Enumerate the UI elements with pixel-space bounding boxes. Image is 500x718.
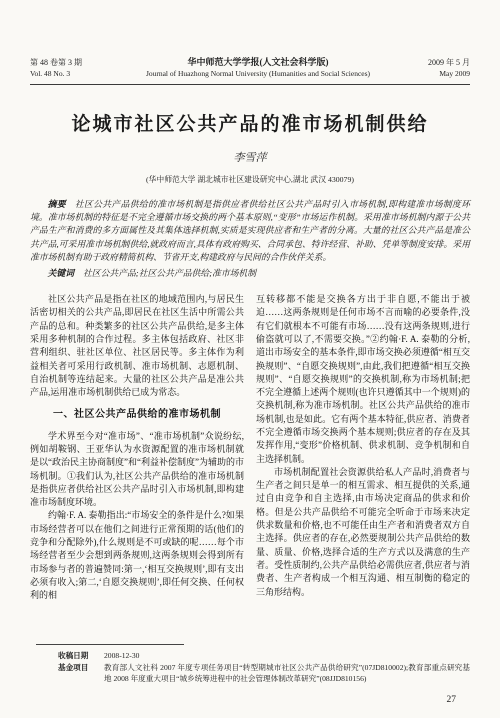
journal-name-cn: 华中师范大学学报(人文社会科学版)	[116, 57, 400, 68]
volume-issue-cn: 第 48 卷第 3 期	[30, 57, 116, 68]
left-column: 社区公共产品是指在社区的地域范围内,与居民生活密切相关的公共产品,即居民在社区生…	[30, 293, 244, 603]
abstract-label: 摘要	[48, 199, 66, 209]
journal-masthead: 第 48 卷第 3 期 Vol. 48 No. 3 华中师范大学学报(人文社会科…	[30, 57, 470, 85]
fund-project-label: 基金项目	[58, 662, 104, 684]
body-paragraph: 市场机制配置社会资源供给私人产品时,消费者与生产者之间只是单一的相互需求、相互提…	[256, 466, 470, 599]
received-date-value: 2008-12-30	[104, 650, 470, 661]
right-column: 互转移都不能是交换各方出于非自愿,不能出于被迫……这两条规则是任何市场不言而喻的…	[256, 293, 470, 603]
body-paragraph: 社区公共产品是指在社区的地域范围内,与居民生活密切相关的公共产品,即居民在社区生…	[30, 293, 244, 399]
keywords-label: 关键词	[48, 268, 74, 278]
section-1-heading: 一、社区公共产品供给的准市场机制	[30, 408, 244, 421]
abstract-text: 社区公共产品供给的准市场机制是指供应者供给社区公共产品时引入市场机制,即构建准市…	[30, 199, 470, 262]
journal-name-block: 华中师范大学学报(人文社会科学版) Journal of Huazhong No…	[116, 57, 400, 79]
footnote-divider	[36, 644, 184, 645]
abstract-paragraph: 摘要社区公共产品供给的准市场机制是指供应者供给社区公共产品时引入市场机制,即构建…	[30, 198, 470, 264]
issue-date-en: May 2009	[400, 68, 470, 79]
fund-project-value: 教育部人文社科 2007 年度专项任务项目“转型期城市社区公共产品供给研究”(0…	[104, 662, 470, 684]
author-affiliation: (华中师范大学 湖北城市社区建设研究中心,湖北 武汉 430079)	[30, 174, 470, 185]
keywords-line: 关键词社区公共产品;社区公共产品供给;准市场机制	[30, 267, 470, 280]
journal-name-en: Journal of Huazhong Normal University (H…	[116, 68, 400, 79]
volume-issue-block: 第 48 卷第 3 期 Vol. 48 No. 3	[30, 57, 116, 79]
author-name: 李雪萍	[30, 149, 470, 165]
received-date-label: 收稿日期	[58, 650, 104, 661]
article-title: 论城市社区公共产品的准市场机制供给	[30, 109, 470, 136]
volume-issue-en: Vol. 48 No. 3	[30, 68, 116, 79]
footnote-received-row: 收稿日期 2008-12-30	[32, 650, 470, 661]
page-number: 27	[447, 695, 457, 705]
keywords-text: 社区公共产品;社区公共产品供给;准市场机制	[83, 268, 256, 278]
article-body: 社区公共产品是指在社区的地域范围内,与居民生活密切相关的公共产品,即居民在社区生…	[30, 293, 470, 603]
footnote-block: 收稿日期 2008-12-30 基金项目 教育部人文社科 2007 年度专项任务…	[32, 644, 470, 684]
issue-date-cn: 2009 年 5 月	[400, 57, 470, 68]
body-paragraph-continuation: 互转移都不能是交换各方出于非自愿,不能出于被迫……这两条规则是任何市场不言而喻的…	[256, 293, 470, 466]
body-paragraph: 学术界至今对“准市场”、“准市场机制”众说纷纭,例如胡鞍钢、王亚华认为水资源配置…	[30, 430, 244, 510]
body-paragraph: 约翰·F. A. 泰勒指出:“市场安全的条件是什么?如果市场经营者可以在他们之间…	[30, 509, 244, 602]
footnote-fund-row: 基金项目 教育部人文社科 2007 年度专项任务项目“转型期城市社区公共产品供给…	[32, 662, 470, 684]
journal-page: 第 48 卷第 3 期 Vol. 48 No. 3 华中师范大学学报(人文社会科…	[0, 0, 500, 718]
issue-date-block: 2009 年 5 月 May 2009	[400, 57, 470, 79]
